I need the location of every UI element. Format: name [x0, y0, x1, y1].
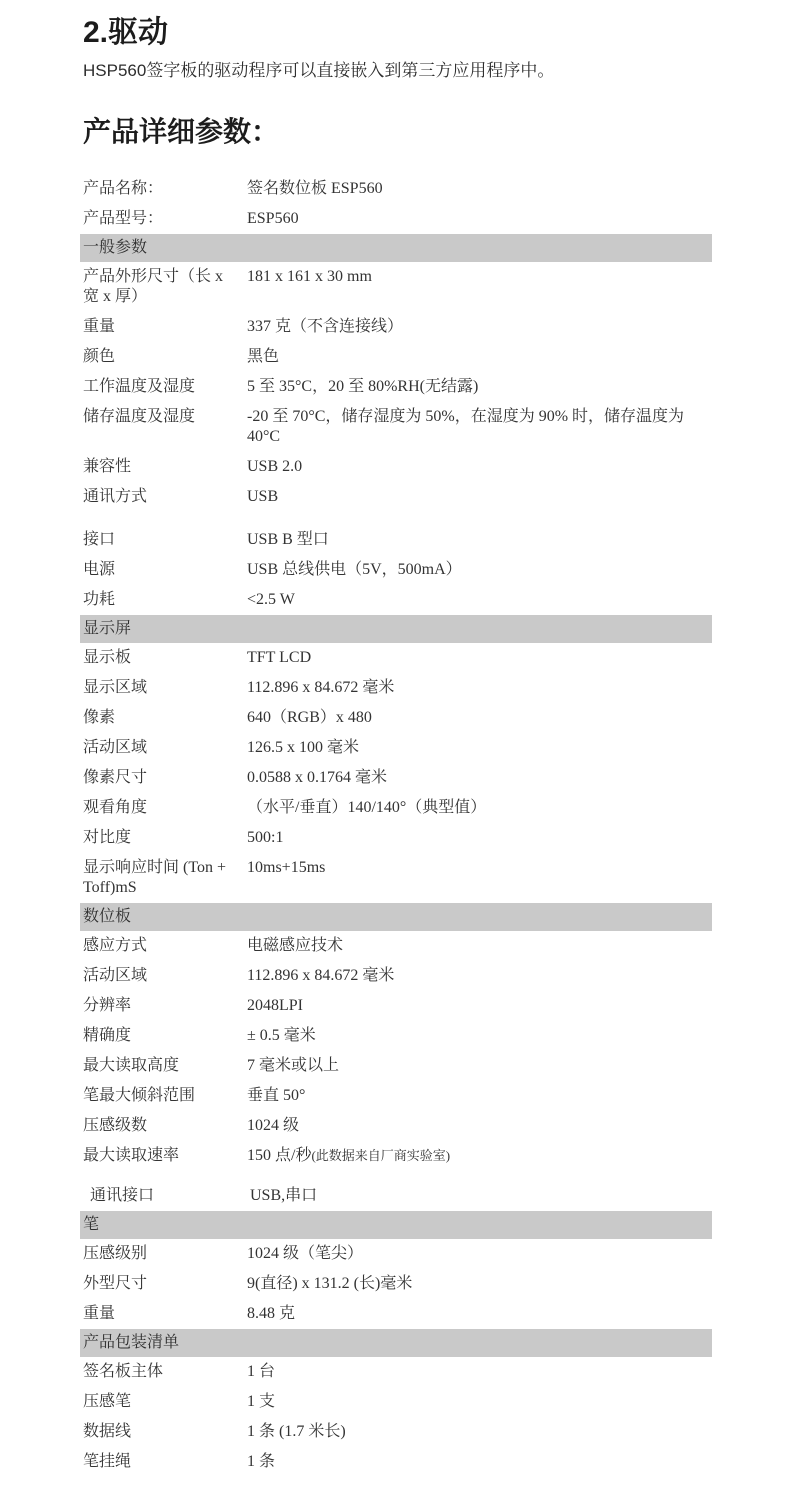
- spec-row: 像素640（RGB）x 480: [80, 703, 712, 733]
- spec-row: 活动区域126.5 x 100 毫米: [80, 733, 712, 763]
- spec-value: （水平/垂直）140/140°（典型值）: [247, 798, 712, 818]
- spec-table: 产品名称：签名数位板 ESP560产品型号：ESP560一般参数产品外形尺寸（长…: [80, 174, 712, 1477]
- spec-row: 精确度± 0.5 毫米: [80, 1021, 712, 1051]
- spec-row: 最大读取速率150 点/秒(此数据来自厂商实验室): [80, 1141, 712, 1171]
- spec-label: 最大读取高度: [80, 1056, 247, 1076]
- spec-value-text: 150 点/秒: [247, 1147, 311, 1164]
- spec-value-text: 337 克（不含连接线）: [247, 318, 403, 335]
- spec-value-text: ± 0.5 毫米: [247, 1027, 316, 1044]
- spec-value-text: 1 条: [247, 1453, 275, 1470]
- spec-label: 分辨率: [80, 996, 247, 1016]
- spec-label: 工作温度及湿度: [80, 377, 247, 397]
- spec-row: 感应方式电磁感应技术: [80, 931, 712, 961]
- spec-value: 112.896 x 84.672 毫米: [247, 678, 712, 698]
- spec-value-text: 电磁感应技术: [247, 937, 343, 954]
- spec-row: 显示区域112.896 x 84.672 毫米: [80, 673, 712, 703]
- spec-value: 1 条 (1.7 米长): [247, 1422, 712, 1442]
- spec-value-text: <2.5 W: [247, 591, 295, 608]
- spec-label: 外型尺寸: [80, 1274, 247, 1294]
- spec-label: 精确度: [80, 1026, 247, 1046]
- spec-value-text: 垂直 50°: [247, 1087, 305, 1104]
- spec-label: 感应方式: [80, 936, 247, 956]
- spec-label: 签名板主体: [80, 1362, 247, 1382]
- spec-row: 工作温度及湿度5 至 35°C，20 至 80%RH(无结露): [80, 372, 712, 402]
- spec-label: 活动区域: [80, 966, 247, 986]
- spec-row: 压感级数1024 级: [80, 1111, 712, 1141]
- spec-label: 兼容性: [80, 457, 247, 477]
- spec-value-text: 640（RGB）x 480: [247, 709, 372, 726]
- spec-row: 电源USB 总线供电（5V，500mA）: [80, 555, 712, 585]
- spec-label: 观看角度: [80, 798, 247, 818]
- spec-value: USB 2.0: [247, 457, 712, 477]
- spec-label: 最大读取速率: [80, 1146, 247, 1166]
- spec-label: 笔挂绳: [80, 1452, 247, 1472]
- spec-value: USB 总线供电（5V，500mA）: [247, 560, 712, 580]
- spec-row: 笔最大倾斜范围垂直 50°: [80, 1081, 712, 1111]
- spec-value: 112.896 x 84.672 毫米: [247, 966, 712, 986]
- spec-label: 电源: [80, 560, 247, 580]
- spec-label: 颜色: [80, 347, 247, 367]
- spec-value-text: （水平/垂直）140/140°（典型值）: [247, 799, 486, 816]
- spec-value: 黑色: [247, 347, 712, 367]
- spec-value-text: USB 2.0: [247, 458, 302, 475]
- spec-value-text: 签名数位板 ESP560: [247, 180, 383, 197]
- spec-value: USB B 型口: [247, 530, 712, 550]
- spec-label: 活动区域: [80, 738, 247, 758]
- spec-value: 5 至 35°C，20 至 80%RH(无结露): [247, 377, 712, 397]
- spec-value-text: 181 x 161 x 30 mm: [247, 268, 372, 285]
- section-header: 产品包装清单: [80, 1329, 712, 1357]
- spec-value-text: -20 至 70°C，储存湿度为 50%，在湿度为 90% 时，储存温度为 40…: [247, 408, 684, 445]
- spec-row: 兼容性USB 2.0: [80, 452, 712, 482]
- spec-label: 像素: [80, 708, 247, 728]
- spec-value: USB,串口: [247, 1186, 712, 1206]
- spec-row: 对比度500:1: [80, 823, 712, 853]
- spec-row: 重量8.48 克: [80, 1299, 712, 1329]
- spec-label: 显示响应时间 (Ton + Toff)mS: [80, 858, 247, 898]
- spec-label: 产品型号：: [80, 209, 247, 229]
- spec-label: 显示板: [80, 648, 247, 668]
- spec-label: 储存温度及湿度: [80, 407, 247, 447]
- spec-value: 126.5 x 100 毫米: [247, 738, 712, 758]
- spec-value-text: 2048LPI: [247, 997, 303, 1014]
- spec-row: 储存温度及湿度-20 至 70°C，储存湿度为 50%，在湿度为 90% 时，储…: [80, 402, 712, 452]
- spec-value: 1024 级: [247, 1116, 712, 1136]
- spec-value-text: 1024 级（笔尖）: [247, 1245, 363, 1262]
- spec-row: 压感级别1024 级（笔尖）: [80, 1239, 712, 1269]
- spec-value-note: (此数据来自厂商实验室): [311, 1148, 450, 1163]
- spec-value: 7 毫米或以上: [247, 1056, 712, 1076]
- spec-value-text: USB,串口: [250, 1187, 317, 1204]
- spec-value: 0.0588 x 0.1764 毫米: [247, 768, 712, 788]
- spec-value: ± 0.5 毫米: [247, 1026, 712, 1046]
- section-title: 2.驱动: [80, 14, 712, 52]
- spec-value: -20 至 70°C，储存湿度为 50%，在湿度为 90% 时，储存温度为 40…: [247, 407, 712, 447]
- spec-row: 产品型号：ESP560: [80, 204, 712, 234]
- spec-value: 150 点/秒(此数据来自厂商实验室): [247, 1146, 712, 1166]
- spec-label: 像素尺寸: [80, 768, 247, 788]
- section-header: 一般参数: [80, 234, 712, 262]
- spec-value: 640（RGB）x 480: [247, 708, 712, 728]
- spec-value-text: 5 至 35°C，20 至 80%RH(无结露): [247, 378, 478, 395]
- spec-row: 接口USB B 型口: [80, 525, 712, 555]
- spec-value-text: TFT LCD: [247, 649, 311, 666]
- spec-value-text: 126.5 x 100 毫米: [247, 739, 359, 756]
- spec-row: 笔挂绳1 条: [80, 1447, 712, 1477]
- spec-row: 数据线1 条 (1.7 米长): [80, 1417, 712, 1447]
- spec-value-text: USB: [247, 488, 278, 505]
- spec-label: 重量: [80, 317, 247, 337]
- spec-value: 垂直 50°: [247, 1086, 712, 1106]
- spec-label: 通讯方式: [80, 487, 247, 507]
- spec-value: 1 支: [247, 1392, 712, 1412]
- spec-value: 1 条: [247, 1452, 712, 1472]
- intro-paragraph: HSP560签字板的驱动程序可以直接嵌入到第三方应用程序中。: [80, 58, 712, 84]
- spec-value: 1024 级（笔尖）: [247, 1244, 712, 1264]
- spec-value-text: 1 支: [247, 1393, 275, 1410]
- spec-label: 对比度: [80, 828, 247, 848]
- spec-value-text: ESP560: [247, 210, 299, 227]
- spec-value: 9(直径) x 131.2 (长)毫米: [247, 1274, 712, 1294]
- spec-row: 活动区域112.896 x 84.672 毫米: [80, 961, 712, 991]
- spec-value-text: 0.0588 x 0.1764 毫米: [247, 769, 387, 786]
- spec-label: 压感笔: [80, 1392, 247, 1412]
- spec-label: 压感级数: [80, 1116, 247, 1136]
- params-title: 产品详细参数：: [80, 112, 712, 152]
- spec-value-text: 9(直径) x 131.2 (长)毫米: [247, 1275, 412, 1292]
- spec-row: 重量337 克（不含连接线）: [80, 312, 712, 342]
- spec-value-text: USB B 型口: [247, 531, 329, 548]
- spec-value: TFT LCD: [247, 648, 712, 668]
- spec-value: <2.5 W: [247, 590, 712, 610]
- spec-value-text: 1024 级: [247, 1117, 299, 1134]
- spec-value: ESP560: [247, 209, 712, 229]
- spec-row: 颜色黑色: [80, 342, 712, 372]
- spec-label: 显示区域: [80, 678, 247, 698]
- spec-row: 压感笔1 支: [80, 1387, 712, 1417]
- spec-row: 通讯方式USB: [80, 482, 712, 512]
- spec-value: 181 x 161 x 30 mm: [247, 267, 712, 307]
- spec-row: 外型尺寸9(直径) x 131.2 (长)毫米: [80, 1269, 712, 1299]
- spec-value: USB: [247, 487, 712, 507]
- spec-label: 数据线: [80, 1422, 247, 1442]
- spec-value-text: 黑色: [247, 348, 279, 365]
- spec-label: 产品外形尺寸（长 x 宽 x 厚）: [80, 267, 247, 307]
- spec-value: 2048LPI: [247, 996, 712, 1016]
- spec-value-text: 8.48 克: [247, 1305, 295, 1322]
- spec-value-text: USB 总线供电（5V，500mA）: [247, 561, 462, 578]
- spec-row: 签名板主体1 台: [80, 1357, 712, 1387]
- spec-label: 接口: [80, 530, 247, 550]
- section-header: 笔: [80, 1211, 712, 1239]
- spec-value-text: 112.896 x 84.672 毫米: [247, 967, 394, 984]
- spec-label: 通讯接口: [80, 1186, 247, 1206]
- spec-value-text: 500:1: [247, 829, 283, 846]
- spec-value: 10ms+15ms: [247, 858, 712, 898]
- spec-value-text: 7 毫米或以上: [247, 1057, 339, 1074]
- section-header: 数位板: [80, 903, 712, 931]
- spec-row: 产品外形尺寸（长 x 宽 x 厚）181 x 161 x 30 mm: [80, 262, 712, 312]
- spec-row: 分辨率2048LPI: [80, 991, 712, 1021]
- spec-value-text: 10ms+15ms: [247, 859, 325, 876]
- spec-value: 电磁感应技术: [247, 936, 712, 956]
- spec-value-text: 1 台: [247, 1363, 275, 1380]
- spec-value: 签名数位板 ESP560: [247, 179, 712, 199]
- spec-row: 显示板TFT LCD: [80, 643, 712, 673]
- spec-value: 337 克（不含连接线）: [247, 317, 712, 337]
- spec-row: 显示响应时间 (Ton + Toff)mS10ms+15ms: [80, 853, 712, 903]
- spec-value-text: 1 条 (1.7 米长): [247, 1423, 346, 1440]
- spec-row: 观看角度（水平/垂直）140/140°（典型值）: [80, 793, 712, 823]
- spec-label: 重量: [80, 1304, 247, 1324]
- spec-row: 像素尺寸0.0588 x 0.1764 毫米: [80, 763, 712, 793]
- spec-label: 笔最大倾斜范围: [80, 1086, 247, 1106]
- section-header: 显示屏: [80, 615, 712, 643]
- spec-row: 最大读取高度7 毫米或以上: [80, 1051, 712, 1081]
- spec-value-text: 112.896 x 84.672 毫米: [247, 679, 394, 696]
- spec-value: 500:1: [247, 828, 712, 848]
- spec-row: 产品名称：签名数位板 ESP560: [80, 174, 712, 204]
- spec-row: 功耗<2.5 W: [80, 585, 712, 615]
- page-content: 2.驱动 HSP560签字板的驱动程序可以直接嵌入到第三方应用程序中。 产品详细…: [80, 0, 712, 1477]
- spec-value: 1 台: [247, 1362, 712, 1382]
- spec-value: 8.48 克: [247, 1304, 712, 1324]
- spec-label: 产品名称：: [80, 179, 247, 199]
- spec-label: 压感级别: [80, 1244, 247, 1264]
- spec-row: 通讯接口USB,串口: [80, 1181, 712, 1211]
- spec-label: 功耗: [80, 590, 247, 610]
